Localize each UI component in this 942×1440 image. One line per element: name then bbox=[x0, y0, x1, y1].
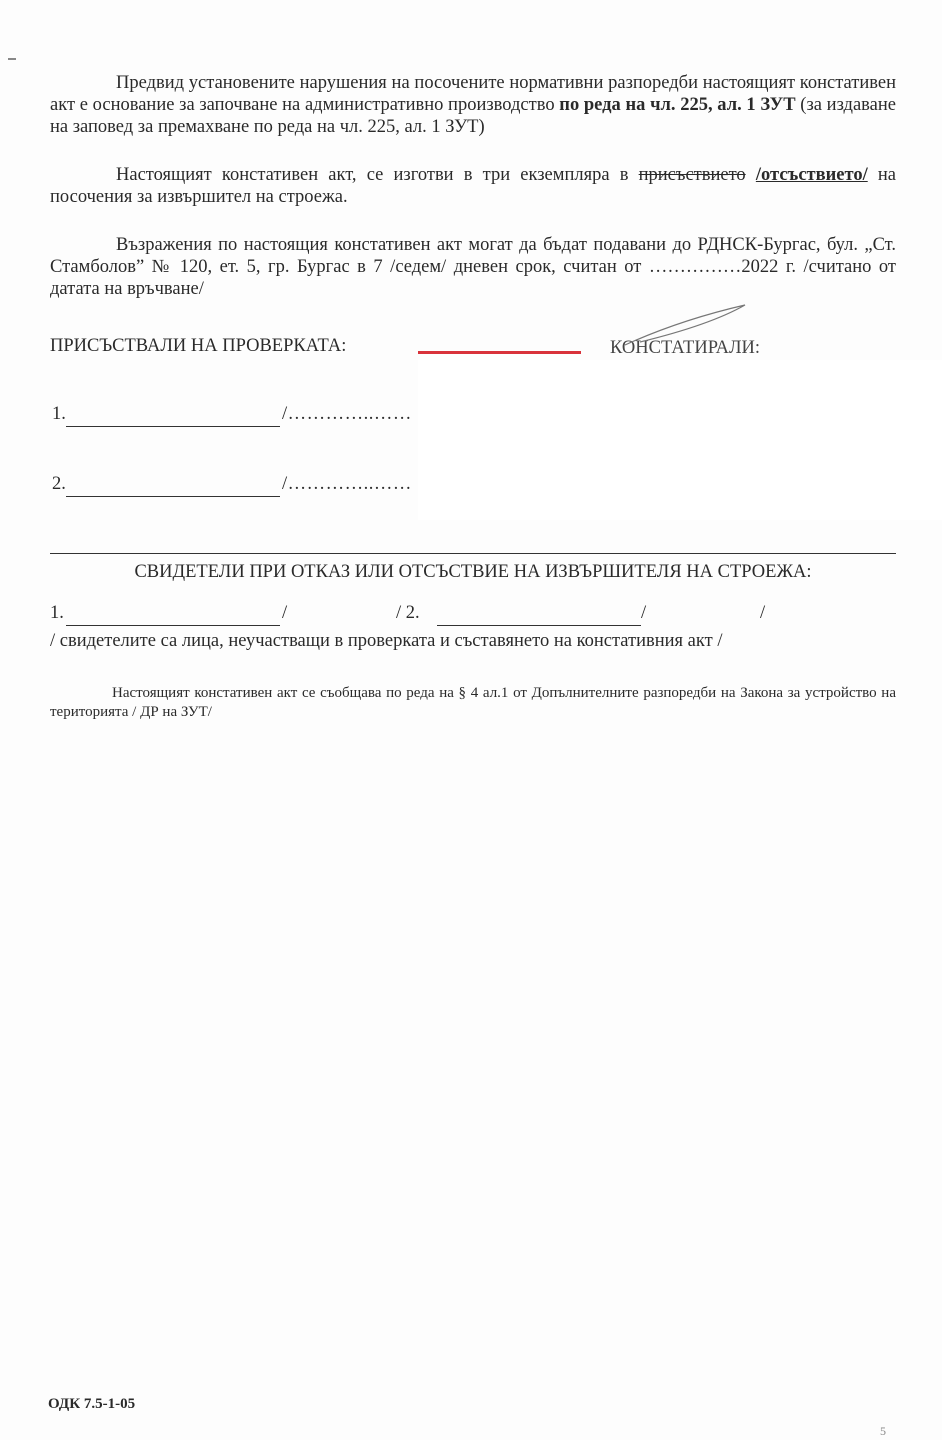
paragraph-text: Настоящият констативен акт, се изготви в… bbox=[116, 165, 639, 185]
redacted-area bbox=[418, 360, 942, 520]
witness-2-line bbox=[437, 625, 641, 626]
entry-number: 2. bbox=[52, 474, 66, 494]
witness-1-line bbox=[66, 625, 280, 626]
name-field: /…………..…… bbox=[282, 474, 412, 495]
struck-option: присъствието bbox=[639, 165, 746, 185]
witnesses-note: / свидетелите са лица, неучастващи в про… bbox=[50, 631, 723, 652]
witnesses-heading: СВИДЕТЕЛИ ПРИ ОТКАЗ ИЛИ ОТСЪСТВИЕ НА ИЗВ… bbox=[50, 562, 896, 583]
signature-entry-1: 1. bbox=[52, 404, 66, 425]
signature-entry-2: 2. bbox=[52, 474, 66, 495]
witness-2-number: / 2. bbox=[396, 603, 420, 624]
separator: / bbox=[641, 603, 646, 624]
page-number: 5 bbox=[880, 1424, 886, 1439]
paragraph-copies: Настоящият констативен акт, се изготви в… bbox=[50, 164, 896, 208]
section-divider bbox=[50, 553, 896, 554]
separator: / bbox=[760, 603, 765, 624]
redaction-line bbox=[418, 351, 581, 354]
scan-mark bbox=[8, 58, 16, 60]
signature-line bbox=[66, 426, 280, 427]
entry-number: 1. bbox=[52, 404, 66, 424]
name-field: /…………..…… bbox=[282, 404, 412, 425]
paragraph-proceedings: Предвид установените нарушения на посоче… bbox=[50, 72, 896, 138]
witness-1-number: 1. bbox=[50, 603, 64, 624]
selected-option: /отсъствието/ bbox=[756, 165, 868, 185]
paragraph-objections: Възражения по настоящия констативен акт … bbox=[50, 234, 896, 300]
notice-text: Настоящият констативен акт се съобщава п… bbox=[50, 684, 896, 722]
document-code: ОДК 7.5-1-05 bbox=[48, 1396, 135, 1413]
signature-line bbox=[66, 496, 280, 497]
separator: / bbox=[282, 603, 287, 624]
legal-reference: по реда на чл. 225, ал. 1 ЗУТ bbox=[559, 95, 795, 115]
present-label: ПРИСЪСТВАЛИ НА ПРОВЕРКАТА: bbox=[50, 336, 346, 357]
signature-scribble-icon bbox=[620, 300, 750, 350]
